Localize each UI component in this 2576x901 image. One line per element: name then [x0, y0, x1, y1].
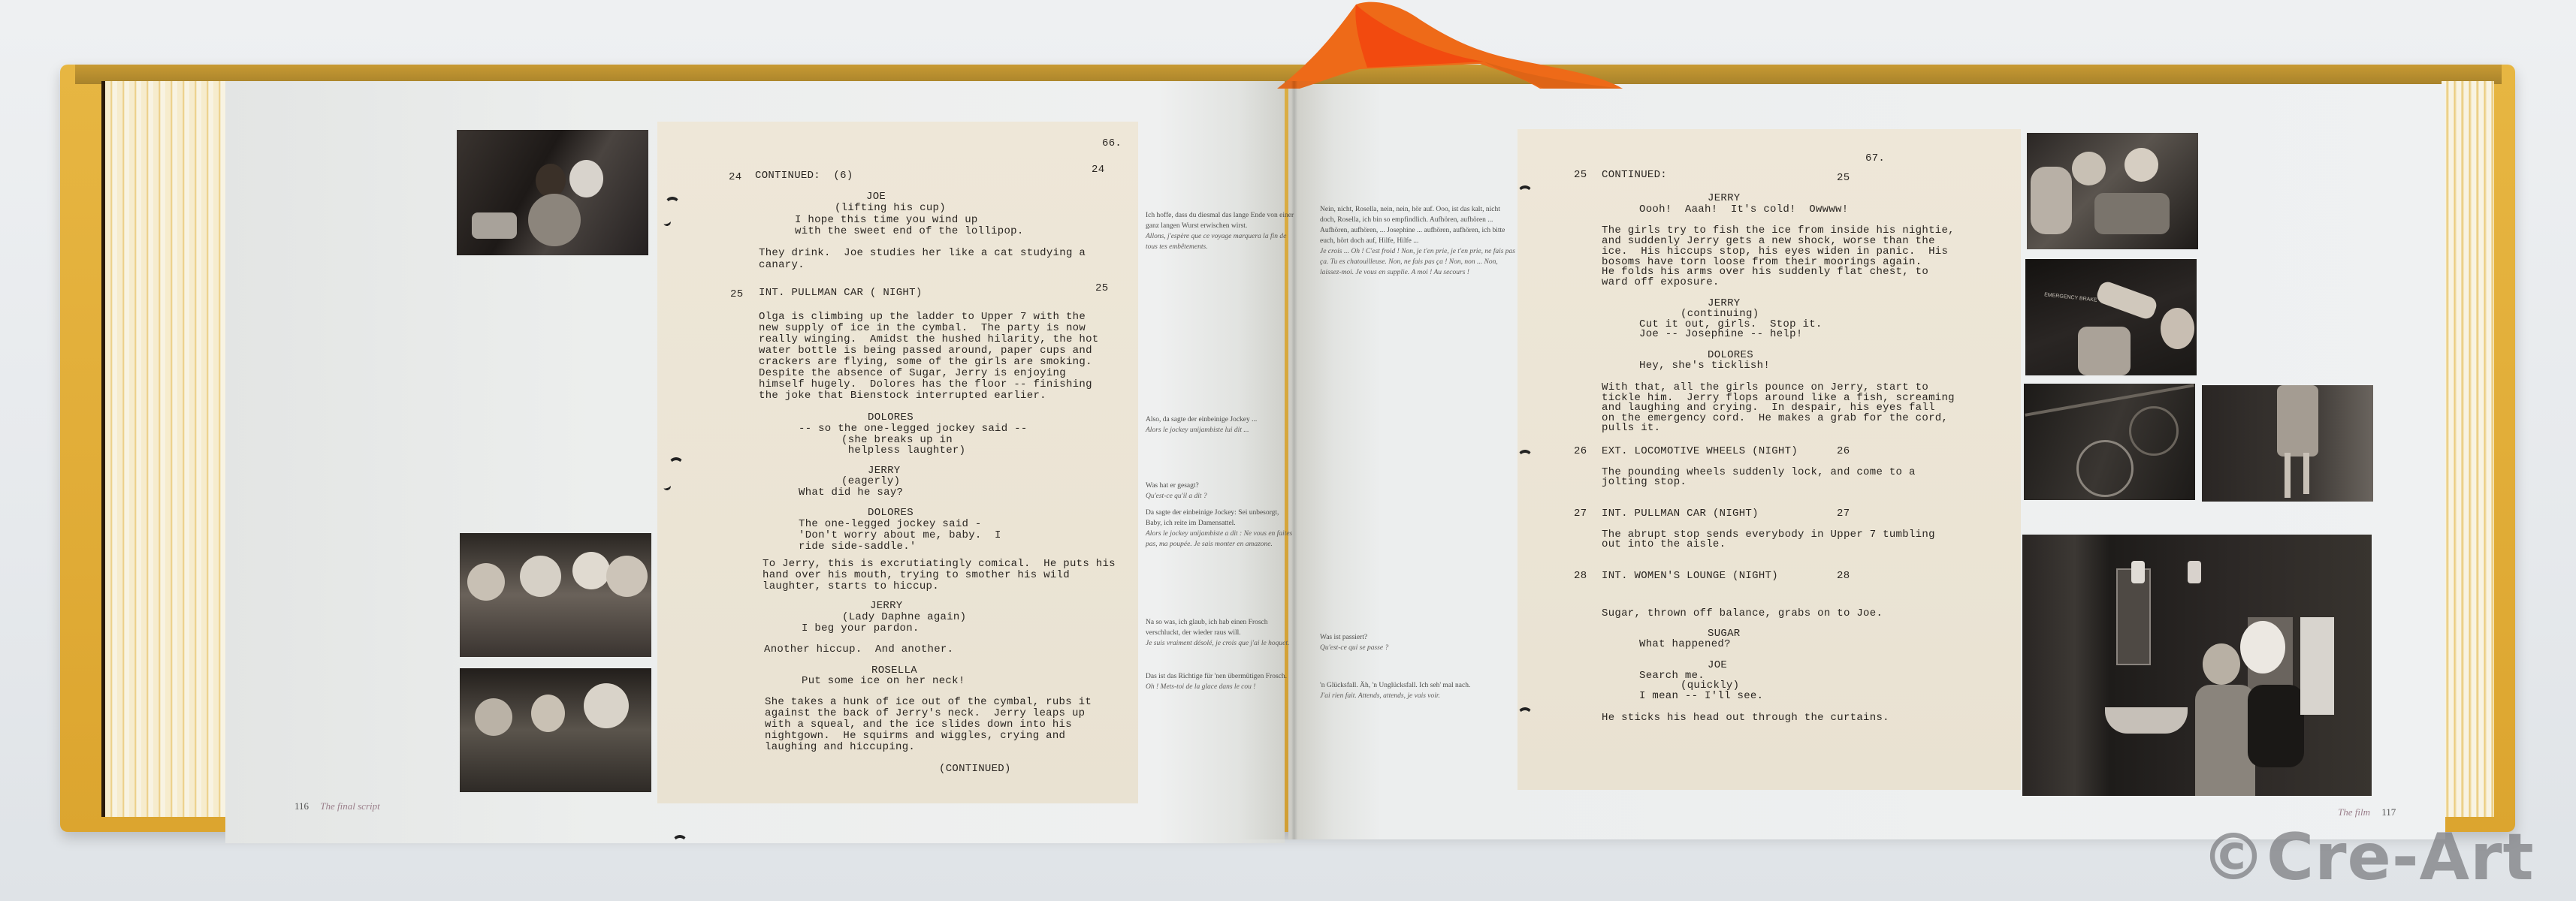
- scene-number: 25: [1837, 171, 1850, 185]
- film-still-photo: [460, 533, 651, 657]
- action-line: pulls it.: [1602, 421, 1660, 435]
- film-still-photo: [2024, 384, 2195, 500]
- scene-heading: CONTINUED: (6): [755, 169, 853, 182]
- film-still-photo: [460, 668, 651, 792]
- parenthetical: helpless laughter): [841, 444, 965, 457]
- action-line: Sugar, thrown off balance, grabs on to J…: [1602, 607, 1883, 620]
- film-still-photo: [2202, 385, 2373, 502]
- translation-block: Nein, nicht, Rosella, nein, nein, hör au…: [1320, 204, 1515, 278]
- transition-continued: (CONTINUED): [939, 762, 1011, 776]
- translation-fr: Je crois ... Oh ! C'est froid ! Non, je …: [1320, 248, 1515, 276]
- scene-number: 28: [1574, 569, 1587, 583]
- scene-number: 27: [1574, 507, 1587, 520]
- action-line: laughter, starts to hiccup.: [763, 580, 939, 593]
- dialogue-line: ride side-saddle.': [799, 540, 917, 553]
- action-line: the joke that Bienstock interrupted earl…: [759, 389, 1046, 402]
- scene-number: 25: [1574, 168, 1587, 182]
- running-title: The film: [2338, 806, 2370, 818]
- script-page-66: 66. 24 CONTINUED: (6) 24 JOE (lifting hi…: [657, 122, 1138, 803]
- scene-number: 25: [1095, 282, 1108, 295]
- action-line: ward off exposure.: [1602, 276, 1720, 289]
- running-title: The final script: [320, 800, 379, 812]
- scene-heading: INT. WOMEN'S LOUNGE (NIGHT): [1602, 569, 1778, 583]
- scene-number: 26: [1837, 444, 1850, 458]
- action-line: They drink. Joe studies her like a cat s…: [759, 246, 1086, 260]
- page-number: 116: [294, 800, 309, 812]
- punch-hole-icon: [1518, 450, 1533, 465]
- film-still-photo: [2022, 535, 2372, 796]
- scene-number: 27: [1837, 507, 1850, 520]
- page-edges-right: [2442, 81, 2494, 817]
- dialogue-line: Hey, she's ticklish!: [1639, 359, 1770, 372]
- scene-heading: EXT. LOCOMOTIVE WHEELS (NIGHT): [1602, 444, 1798, 458]
- translation-fr: J'ai rien fait. Attends, attends, je vai…: [1320, 692, 1440, 700]
- punch-hole-icon: [669, 457, 684, 472]
- scene-number: 28: [1837, 569, 1850, 583]
- action-line: laughing and hiccuping.: [765, 740, 915, 754]
- book-gutter: [1240, 81, 1333, 839]
- action-line: out into the aisle.: [1602, 538, 1726, 551]
- translation-de: Was ist passiert?: [1320, 632, 1515, 643]
- scene-number: 26: [1574, 444, 1587, 458]
- dialogue-line: Oooh! Aaah! It's cold! Owwww!: [1639, 203, 1848, 216]
- dialogue-line: with the sweet end of the lollipop.: [795, 224, 1024, 238]
- left-page-footer: 116 The final script: [285, 800, 380, 812]
- scene-number: 25: [730, 288, 743, 301]
- script-page-67: 67. 25 CONTINUED: 25 JERRY Oooh! Aaah! I…: [1518, 129, 2021, 790]
- scene-number: 24: [729, 170, 741, 184]
- dialogue-line: What happened?: [1639, 637, 1731, 651]
- punch-hole-icon: [663, 483, 672, 492]
- dialogue-line: Joe -- Josephine -- help!: [1639, 327, 1803, 341]
- film-still-photo: EMERGENCY BRAKE: [2025, 259, 2197, 375]
- character-name: JOE: [1708, 658, 1727, 672]
- translation-block: 'n Glücksfall. Äh, 'n Unglücksfall. Ich …: [1320, 680, 1515, 701]
- dialogue-line: Put some ice on her neck!: [802, 674, 965, 688]
- scene-heading: INT. PULLMAN CAR (NIGHT): [1602, 507, 1759, 520]
- punch-hole-icon: [1518, 707, 1533, 722]
- scene-heading: CONTINUED:: [1602, 168, 1667, 182]
- script-page-number: 67.: [1865, 152, 1885, 165]
- emergency-brake-sign: EMERGENCY BRAKE: [2044, 292, 2097, 303]
- ribbon-bookmark[interactable]: [1270, 0, 1645, 94]
- punch-hole-icon: [663, 218, 672, 228]
- scene-heading: INT. PULLMAN CAR ( NIGHT): [759, 286, 923, 300]
- punch-hole-icon: [665, 197, 680, 212]
- action-line: jolting stop.: [1602, 475, 1687, 489]
- translation-block: Was ist passiert? Qu'est-ce qui se passe…: [1320, 632, 1515, 653]
- copyright-watermark: ©Cre-Art: [2201, 820, 2535, 895]
- page-number: 117: [2381, 806, 2396, 818]
- dialogue-line: What did he say?: [799, 486, 903, 499]
- right-page-footer: The film 117: [2338, 806, 2405, 818]
- page-edges-left: [101, 81, 240, 817]
- scene-number: 24: [1092, 163, 1104, 176]
- translation-de: 'n Glücksfall. Äh, 'n Unglücksfall. Ich …: [1320, 680, 1515, 691]
- film-still-photo: [2027, 133, 2198, 249]
- script-page-number: 66.: [1102, 137, 1122, 150]
- punch-hole-icon: [1518, 185, 1533, 200]
- action-line: He sticks his head out through the curta…: [1602, 711, 1889, 725]
- action-line: canary.: [759, 258, 805, 272]
- translation-fr: Qu'est-ce qui se passe ?: [1320, 644, 1388, 652]
- dialogue-line: I beg your pardon.: [802, 622, 920, 635]
- dialogue-line: I mean -- I'll see.: [1639, 689, 1763, 703]
- action-line: Another hiccup. And another.: [764, 643, 953, 656]
- translation-fr: Alors le jockey unijambiste lui dit ...: [1146, 426, 1249, 434]
- film-still-photo: [457, 130, 648, 255]
- translation-fr: Qu'est-ce qu'il a dit ?: [1146, 493, 1207, 500]
- translation-de: Nein, nicht, Rosella, nein, nein, hör au…: [1320, 204, 1515, 246]
